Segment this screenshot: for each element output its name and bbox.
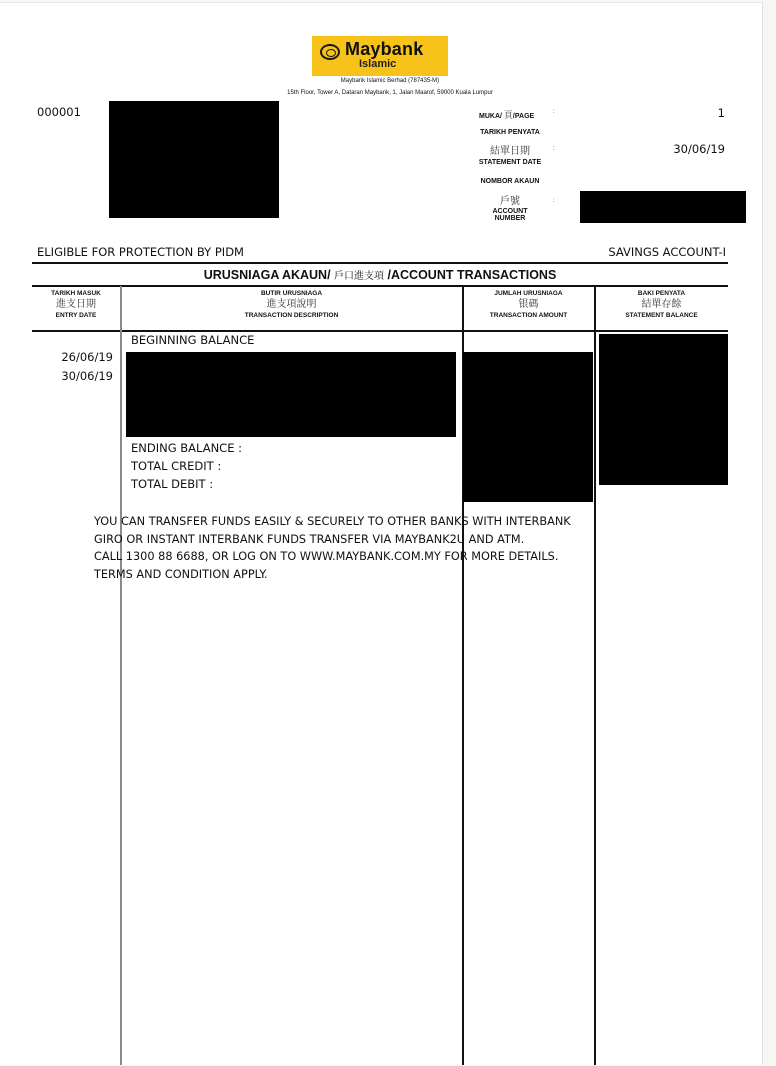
acct-label-en: ACCOUNT NUMBER: [470, 208, 550, 222]
beginning-balance-label: BEGINNING BALANCE: [131, 333, 254, 347]
promo-line-4: TERMS AND CONDITION APPLY.: [94, 566, 571, 584]
logo-name: Maybank: [345, 39, 423, 60]
statement-page: Maybank Islamic Maybank Islamic Berhad (…: [0, 2, 763, 1065]
page-label: MUKA/ 頁/PAGE: [479, 108, 534, 121]
redacted-transaction-amounts: [463, 352, 593, 502]
page-label-ms: MUKA/: [479, 113, 502, 120]
page-label-cjk: 頁: [504, 111, 513, 121]
acct-label-en-1: ACCOUNT: [470, 208, 550, 215]
tiger-emblem-icon: [320, 44, 340, 60]
col-header-balance: BAKI PENYATA 結單存餘 STATEMENT BALANCE: [595, 290, 728, 319]
document-number: 000001: [37, 105, 81, 119]
acct-label-ms: NOMBOR AKAUN: [470, 178, 550, 185]
date-label-ms: TARIKH PENYATA: [470, 129, 550, 136]
redacted-account-number: [580, 191, 746, 223]
bank-address: 15th Floor, Tower A, Dataran Maybank, 1,…: [200, 90, 580, 96]
section-title-ms: URUSNIAGA AKAUN/: [204, 268, 331, 282]
pidm-notice: ELIGIBLE FOR PROTECTION BY PIDM: [37, 245, 244, 259]
page-colon: :: [553, 109, 555, 115]
section-title-en: /ACCOUNT TRANSACTIONS: [388, 268, 557, 282]
redacted-customer-address: [109, 101, 279, 218]
acct-label-en-2: NUMBER: [470, 215, 550, 222]
promo-line-3: CALL 1300 88 6688, OR LOG ON TO WWW.MAYB…: [94, 548, 571, 566]
entry-date-1: 26/06/19: [40, 350, 113, 364]
divider-header-bottom: [32, 330, 728, 332]
promo-line-2: GIRO OR INSTANT INTERBANK FUNDS TRANSFER…: [94, 531, 571, 549]
page-value: 1: [680, 106, 725, 120]
col-header-entry-date: TARIKH MASUK 進支日期 ENTRY DATE: [32, 290, 120, 319]
redacted-transaction-descriptions: [126, 352, 456, 437]
statement-date-value: 30/06/19: [640, 142, 725, 156]
date-label-en: STATEMENT DATE: [470, 159, 550, 166]
account-type: SAVINGS ACCOUNT-I: [560, 245, 726, 259]
section-title: URUSNIAGA AKAUN/ 戶口進支項 /ACCOUNT TRANSACT…: [32, 267, 728, 282]
date-colon: :: [553, 146, 555, 152]
col-0-en: ENTRY DATE: [32, 312, 120, 319]
ending-balance-label: ENDING BALANCE :: [131, 441, 242, 455]
col-2-en: TRANSACTION AMOUNT: [463, 312, 594, 319]
promo-message: YOU CAN TRANSFER FUNDS EASILY & SECURELY…: [94, 513, 571, 583]
col-3-cjk: 結單存餘: [595, 297, 728, 312]
entry-date-2: 30/06/19: [40, 369, 113, 383]
acct-colon: :: [553, 198, 555, 204]
col-1-en: TRANSACTION DESCRIPTION: [121, 312, 462, 319]
section-title-cjk: 戶口進支項: [334, 271, 384, 282]
col-3-en: STATEMENT BALANCE: [595, 312, 728, 319]
acct-label-cjk: 戶號: [470, 192, 550, 207]
divider-table-top: [32, 285, 728, 287]
col-1-ms: BUTIR URUSNIAGA: [121, 290, 462, 297]
col-0-cjk: 進支日期: [32, 297, 120, 312]
col-3-ms: BAKI PENYATA: [595, 290, 728, 297]
redacted-statement-balances: [599, 334, 728, 485]
maybank-islamic-logo: Maybank Islamic: [312, 36, 448, 76]
total-debit-label: TOTAL DEBIT :: [131, 477, 213, 491]
col-2-ms: JUMLAH URUSNIAGA: [463, 290, 594, 297]
total-credit-label: TOTAL CREDIT :: [131, 459, 221, 473]
promo-line-1: YOU CAN TRANSFER FUNDS EASILY & SECURELY…: [94, 513, 571, 531]
column-divider-3: [594, 286, 596, 1065]
bank-entity: Maybank Islamic Berhad (787435-M): [230, 78, 550, 84]
col-0-ms: TARIKH MASUK: [32, 290, 120, 297]
divider-top: [32, 262, 728, 264]
col-header-amount: JUMLAH URUSNIAGA 银碼 TRANSACTION AMOUNT: [463, 290, 594, 319]
col-2-cjk: 银碼: [463, 297, 594, 312]
col-header-description: BUTIR URUSNIAGA 進支項說明 TRANSACTION DESCRI…: [121, 290, 462, 319]
logo-sub: Islamic: [359, 58, 396, 70]
column-divider-1: [120, 286, 122, 1065]
page-label-en: /PAGE: [513, 113, 534, 120]
date-label-cjk: 結單日期: [470, 142, 550, 157]
col-1-cjk: 進支項說明: [121, 297, 462, 312]
